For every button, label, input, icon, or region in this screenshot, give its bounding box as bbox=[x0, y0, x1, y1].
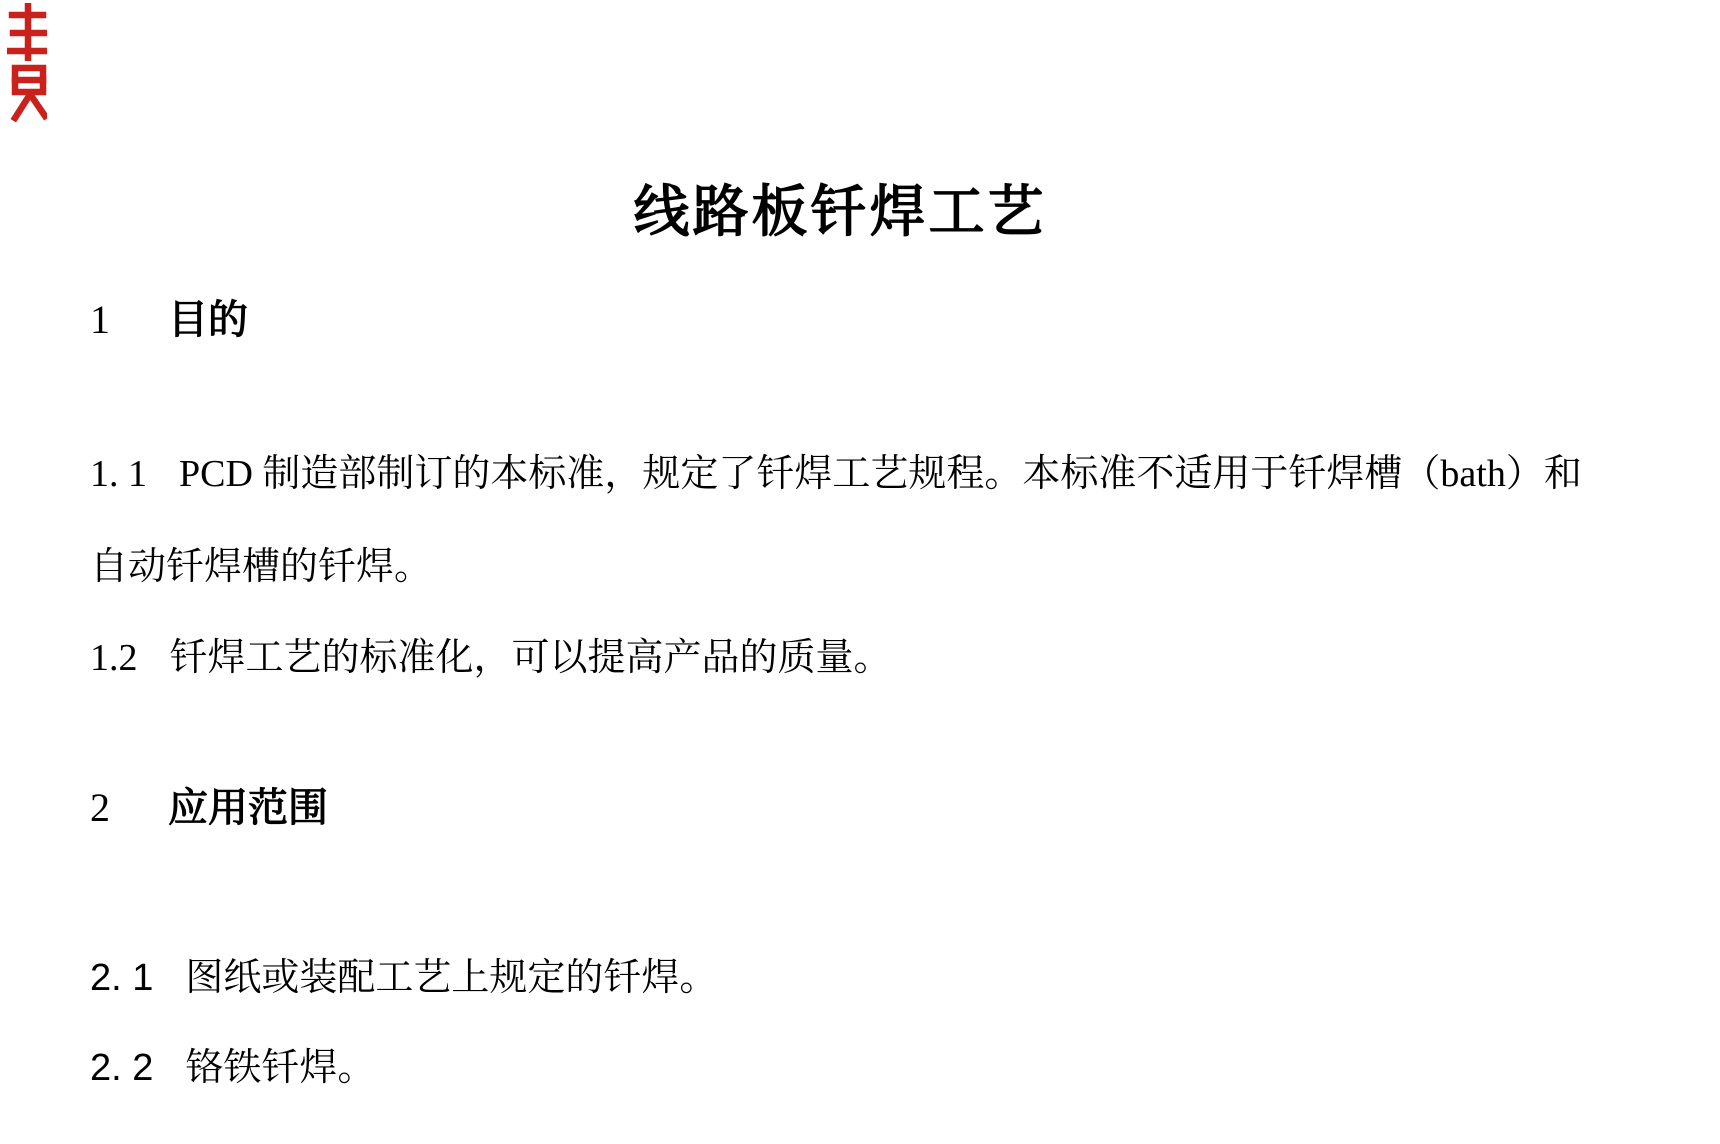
paragraph-2-1-text: 图纸或装配工艺上规定的钎焊。 bbox=[185, 957, 717, 999]
paragraph-1-2-text: 钎焊工艺的标准化，可以提高产品的质量。 bbox=[170, 637, 892, 679]
section-2-heading-text: 应用范围 bbox=[168, 786, 328, 830]
paragraph-1-1-text: PCD 制造部制订的本标准，规定了钎焊工艺规程。本标准不适用于钎焊槽（bath）… bbox=[179, 453, 1582, 495]
paragraph-2-2-text: 铬铁钎焊。 bbox=[185, 1047, 375, 1089]
red-watermark-fragment-icon bbox=[7, 3, 47, 61]
document-page: 线路板钎焊工艺 1目的 1. 1PCD 制造部制订的本标准，规定了钎焊工艺规程。… bbox=[0, 0, 1720, 1144]
paragraph-2-2-number: 2. 2 bbox=[90, 1047, 153, 1089]
paragraph-1-2-number: 1.2 bbox=[90, 637, 138, 679]
section-1-heading: 1目的 bbox=[90, 300, 248, 340]
paragraph-2-2-line-1: 2. 2铬铁钎焊。 bbox=[90, 1046, 375, 1091]
red-watermark-fragment-icon bbox=[7, 64, 47, 122]
paragraph-1-2-line-1: 1.2钎焊工艺的标准化，可以提高产品的质量。 bbox=[90, 636, 892, 681]
section-1-number: 1 bbox=[90, 300, 168, 340]
section-2-number: 2 bbox=[90, 788, 168, 828]
paragraph-1-1-number: 1. 1 bbox=[90, 453, 147, 495]
section-2-heading: 2应用范围 bbox=[90, 788, 328, 828]
paragraph-2-1-line-1: 2. 1图纸或装配工艺上规定的钎焊。 bbox=[90, 956, 717, 1001]
paragraph-1-1-line-1: 1. 1PCD 制造部制订的本标准，规定了钎焊工艺规程。本标准不适用于钎焊槽（b… bbox=[90, 452, 1582, 497]
document-title: 线路板钎焊工艺 bbox=[0, 184, 1680, 240]
paragraph-2-1-number: 2. 1 bbox=[90, 957, 153, 999]
paragraph-1-1-line-2: 自动钎焊槽的钎焊。 bbox=[90, 545, 432, 590]
section-1-heading-text: 目的 bbox=[168, 298, 248, 342]
